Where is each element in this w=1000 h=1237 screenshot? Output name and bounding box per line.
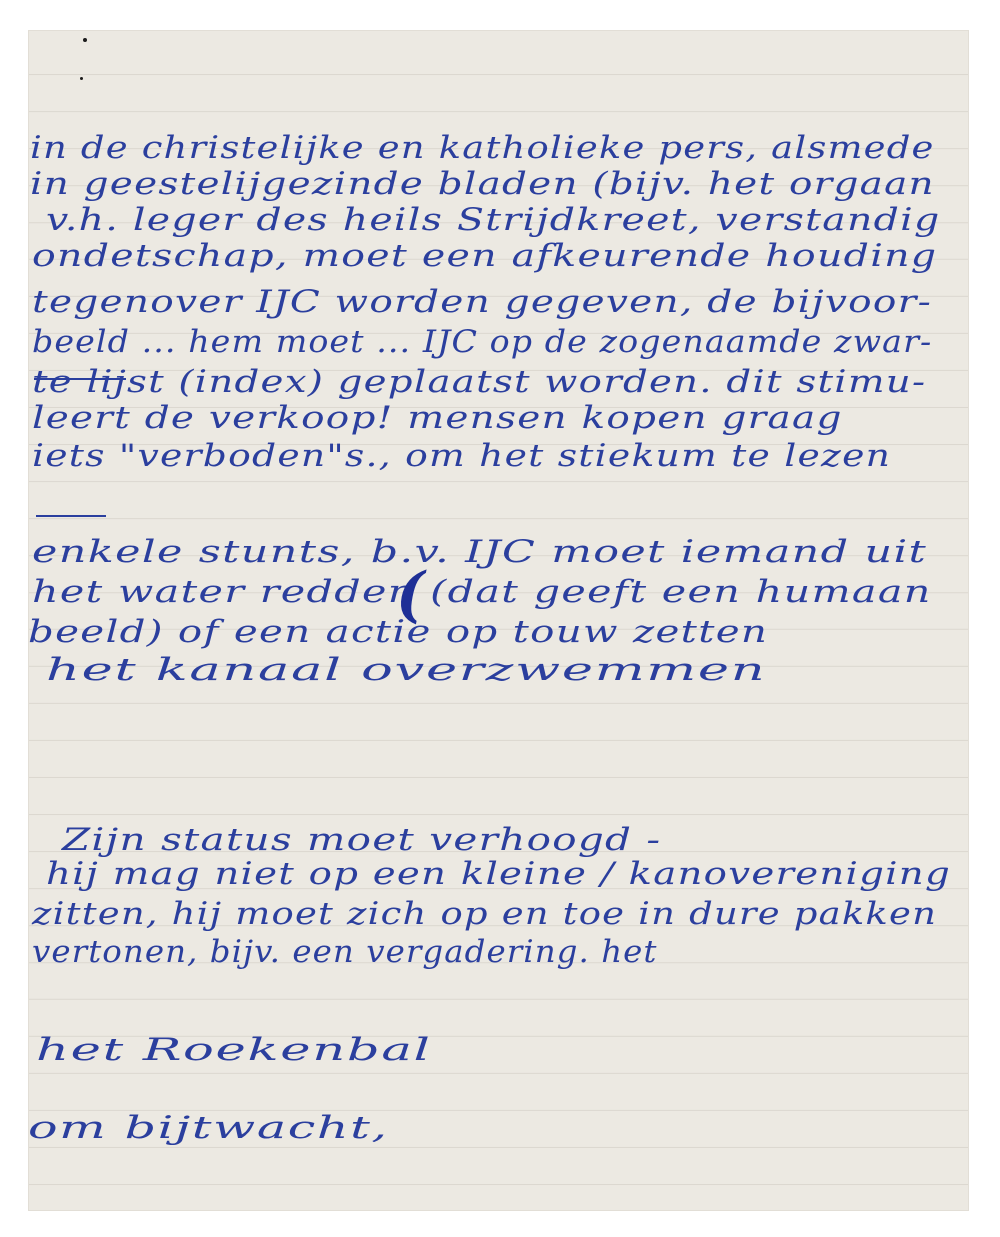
text-line: te lijst (index) geplaatst worden. dit s…: [32, 364, 926, 400]
text-line: in de christelijke en katholieke pers, a…: [30, 130, 935, 166]
text-line: enkele stunts, b.v. IJC moet iemand uit: [32, 534, 927, 570]
text-line: ondetschap, moet een afkeurende houding: [32, 238, 937, 274]
text-line: het kanaal overzwemmen: [46, 652, 766, 688]
text-line: hij mag niet op een kleine / kanoverenig…: [46, 856, 951, 892]
text-line: het water redden (dat geeft een humaan: [32, 574, 932, 610]
text-line: iets "verboden"s., om het stiekum te lez…: [32, 438, 891, 474]
text-line: om bijtwacht,: [28, 1110, 389, 1146]
notebook-page: in de christelijke en katholieke pers, a…: [28, 30, 969, 1211]
text-line: Zijn status moet verhoogd -: [62, 822, 661, 858]
text-line: v.h. leger des heils Strijdkreet, versta…: [46, 202, 941, 238]
text-line: zitten, hij moet zich op en toe in dure …: [32, 896, 937, 932]
ink-speck: [83, 38, 87, 42]
bold-parenthesis-mark: (: [396, 560, 424, 630]
text-line: leert de verkoop! mensen kopen graag: [32, 400, 843, 436]
separator-stroke: [36, 515, 106, 517]
ink-speck: [80, 77, 83, 80]
text-line: beeld ... hem moet ... IJC op de zogenaa…: [32, 324, 932, 360]
text-line: vertonen, bijv. een vergadering. het: [32, 934, 658, 970]
underline-mark: [34, 378, 126, 380]
text-line: tegenover IJC worden gegeven, de bijvoor…: [32, 284, 932, 320]
text-line: in geestelijgezinde bladen (bijv. het or…: [30, 166, 935, 202]
text-line: het Roekenbal: [36, 1032, 432, 1068]
